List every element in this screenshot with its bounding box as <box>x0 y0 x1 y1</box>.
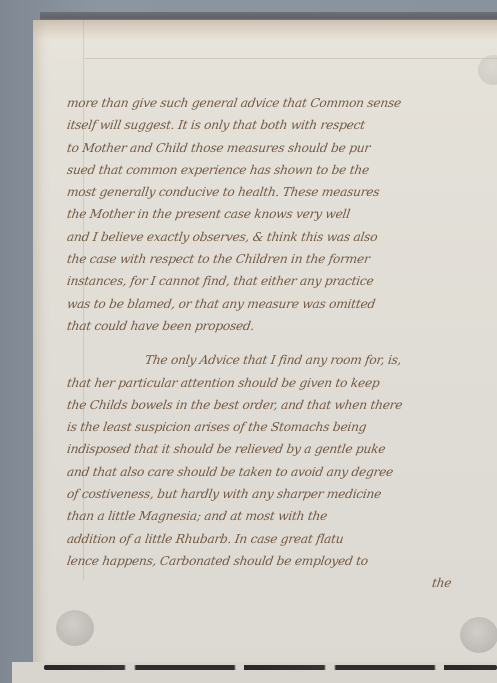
seal-mark-bottom-right <box>460 617 497 653</box>
text-line: the Childs bowels in the best order, and… <box>65 394 483 416</box>
text-line: itself will suggest. It is only that bot… <box>65 114 483 136</box>
text-line: than a little Magnesia; and at most with… <box>65 505 483 527</box>
text-line: sued that common experience has shown to… <box>65 159 483 181</box>
text-line: lence happens, Carbonated should be empl… <box>65 550 483 572</box>
text-line: is the least suspicion arises of the Sto… <box>65 416 483 438</box>
text-line: and I believe exactly observes, & think … <box>65 226 483 248</box>
text-line: the Mother in the present case knows ver… <box>65 203 483 225</box>
text-line: most generally conducive to health. Thes… <box>65 181 483 203</box>
text-line: the case with respect to the Children in… <box>65 248 483 270</box>
text-line: and that also care should be taken to av… <box>65 461 483 483</box>
text-line: that could have been proposed. <box>65 315 483 337</box>
handwritten-text: more than give such general advice that … <box>67 92 482 595</box>
text-line: was to be blamed, or that any measure wa… <box>65 293 483 315</box>
text-line: addition of a little Rhubarb. In case gr… <box>65 528 483 550</box>
text-line: of costiveness, but hardly with any shar… <box>65 483 483 505</box>
text-line: to Mother and Child those measures shoul… <box>65 137 483 159</box>
seal-mark-bottom-left <box>56 610 94 646</box>
text-line: more than give such general advice that … <box>65 92 483 114</box>
paragraph-start-line: The only Advice that I find any room for… <box>65 349 483 371</box>
text-line: instances, for I cannot find, that eithe… <box>65 270 483 292</box>
text-line: indisposed that it should be relieved by… <box>65 438 483 460</box>
catchword: the <box>65 572 483 594</box>
top-crease-line <box>85 58 497 59</box>
text-line: that her particular attention should be … <box>65 372 483 394</box>
bottom-edge-ink-stain <box>44 665 497 670</box>
